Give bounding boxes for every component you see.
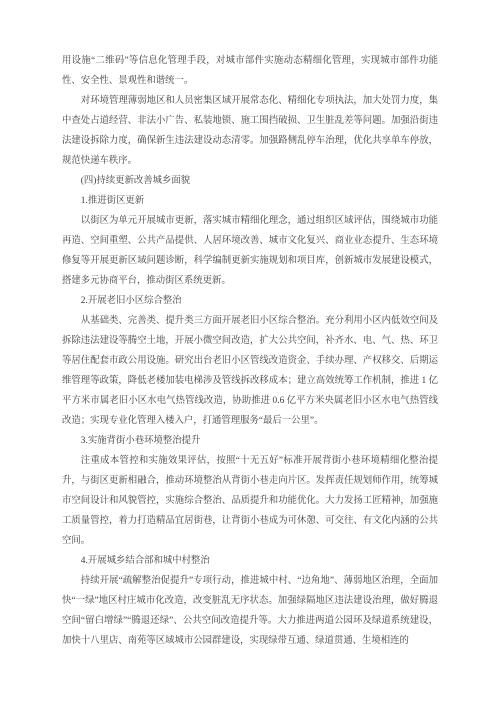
- subsection-heading: 3.实施背街小巷环境整治提升: [62, 431, 438, 451]
- paragraph: 对环境管理薄弱地区和人员密集区域开展常态化、精细化专项执法，加大处罚力度，集中查…: [62, 91, 438, 171]
- paragraph: 用设施“二维码”等信息化管理手段，对城市部件实施动态精细化管理，实现城市部件功能…: [62, 51, 438, 91]
- subsection-heading: 1.推进街区更新: [62, 191, 438, 211]
- section-heading: (四)持续更新改善城乡面貌: [62, 171, 438, 191]
- subsection-heading: 4.开展城乡结合部和城中村整治: [62, 551, 438, 571]
- paragraph: 以街区为单元开展城市更新，落实城市精细化理念，通过组织区域评估，围绕城市功能再造…: [62, 211, 438, 291]
- paragraph: 注重成本管控和实施效果评估，按照“十无五好”标准开展背街小巷环境精细化整治提升，…: [62, 451, 438, 551]
- paragraph: 从基础类、完善类、提升类三方面开展老旧小区综合整治。充分利用小区内低效空间及拆除…: [62, 311, 438, 431]
- subsection-heading: 2.开展老旧小区综合整治: [62, 291, 438, 311]
- paragraph: 持续开展“疏解整治促提升”专项行动，推进城中村、“边角地”、薄弱地区治理，全面加…: [62, 571, 438, 651]
- document-page: 用设施“二维码”等信息化管理手段，对城市部件实施动态精细化管理，实现城市部件功能…: [62, 51, 438, 651]
